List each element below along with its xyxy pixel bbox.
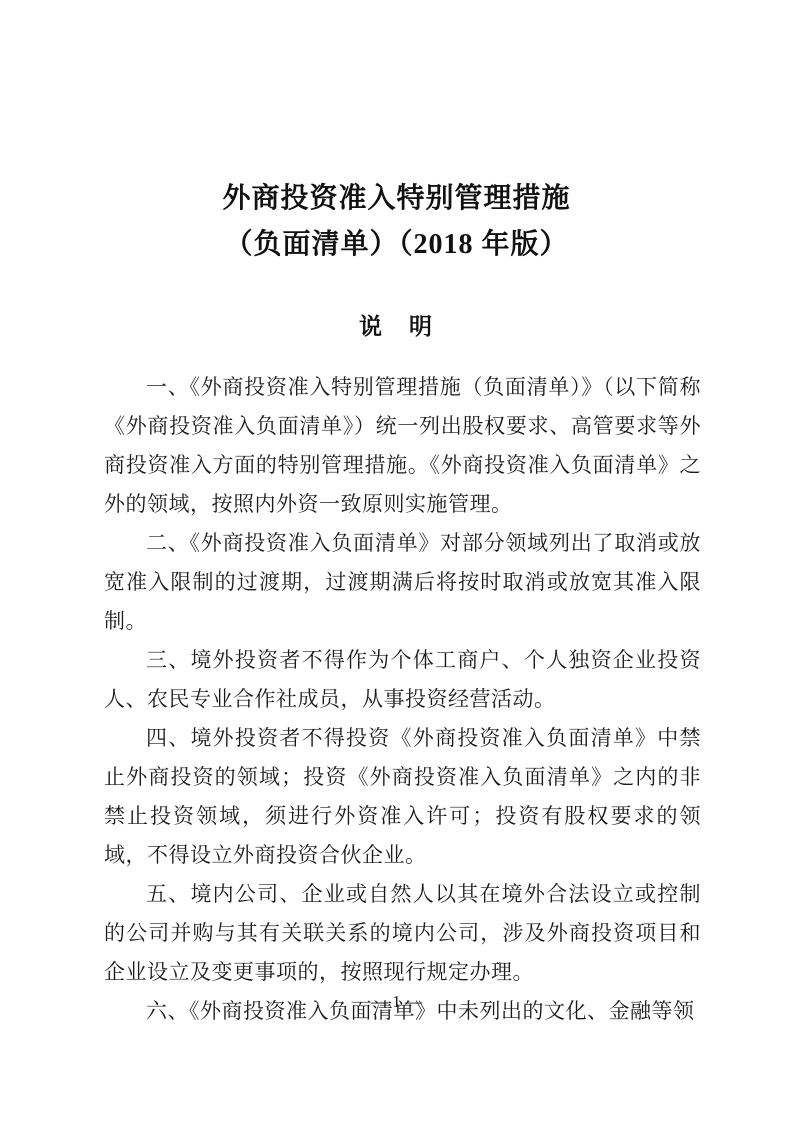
paragraph-5: 五、境内公司、企业或自然人以其在境外合法设立或控制的公司并购与其有关联关系的境内… [104, 875, 701, 992]
paragraph-2: 二、《外商投资准入负面清单》对部分领域列出了取消或放宽准入限制的过渡期，过渡期满… [104, 524, 701, 641]
document-page: 外商投资准入特别管理措施 （负面清单）（2018 年版） 说 明 一、《外商投资… [0, 0, 793, 1122]
document-title-line2: （负面清单）（2018 年版） [0, 222, 793, 268]
document-title: 外商投资准入特别管理措施 （负面清单）（2018 年版） [0, 176, 793, 268]
section-heading: 说 明 [0, 308, 793, 341]
paragraph-3: 三、境外投资者不得作为个体工商户、个人独资企业投资人、农民专业合作社成员，从事投… [104, 641, 701, 719]
document-title-line1: 外商投资准入特别管理措施 [0, 176, 793, 222]
paragraph-4: 四、境外投资者不得投资《外商投资准入负面清单》中禁止外商投资的领域；投资《外商投… [104, 719, 701, 875]
document-body: 一、《外商投资准入特别管理措施（负面清单）》（以下简称《外商投资准入负面清单》）… [104, 368, 701, 1031]
paragraph-1: 一、《外商投资准入特别管理措施（负面清单）》（以下简称《外商投资准入负面清单》）… [104, 368, 701, 524]
page-number: — 1 — [0, 992, 793, 1012]
